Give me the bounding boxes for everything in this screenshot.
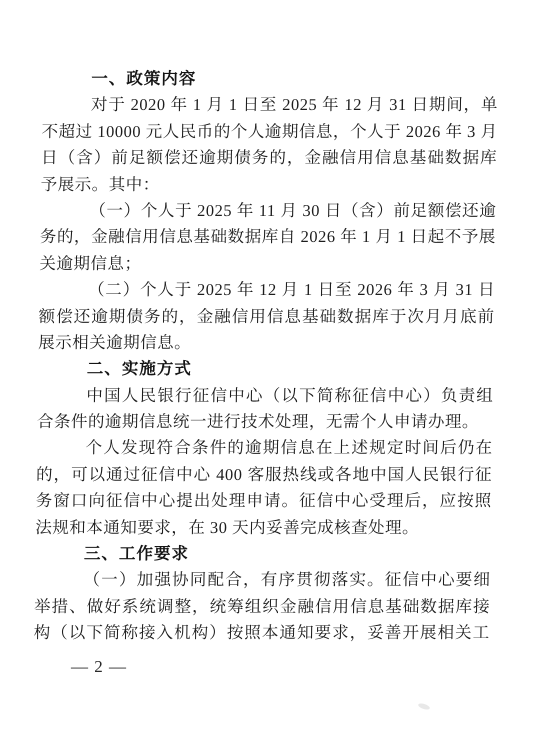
body-line: （二）个人于 2025 年 12 月 1 日至 2026 年 3 月 31 日之… (39, 277, 495, 303)
body-line: 构（以下简称接入机构）按照本通知要求，妥善开展相关工作。 (33, 620, 489, 646)
body-line: 关逾期信息； (39, 251, 495, 277)
body-line: 对于 2020 年 1 月 1 日至 2025 年 12 月 31 日期间，单笔… (42, 92, 498, 118)
section-heading: 三、工作要求 (35, 541, 491, 567)
body-line: 额偿还逾期债务的，金融信用信息基础数据库于次月月底前不予 (38, 304, 494, 330)
section-heading: 一、政策内容 (42, 66, 498, 92)
body-line: （一）个人于 2025 年 11 月 30 日（含）前足额偿还逾期债 (40, 198, 496, 224)
body-line: （一）加强协同配合，有序贯彻落实。征信中心要细化落实 (34, 567, 490, 593)
body-line: 法规和本通知要求，在 30 天内妥善完成核查处理。 (35, 515, 491, 541)
body-line: 中国人民银行征信中心（以下简称征信中心）负责组织对符 (37, 383, 493, 409)
page-number: — 2 — (71, 655, 127, 679)
body-line: 予展示。其中： (40, 172, 496, 198)
body-line: 个人发现符合条件的逾期信息在上述规定时间后仍在展示 (36, 435, 492, 461)
body-line: 务窗口向征信中心提出处理申请。征信中心受理后，应按照法律 (36, 488, 492, 514)
body-line: 合条件的逾期信息统一进行技术处理，无需个人申请办理。 (37, 409, 493, 435)
body-line: 日（含）前足额偿还逾期债务的，金融信用信息基础数据库将不 (41, 145, 497, 171)
scanned-document-page: 一、政策内容对于 2020 年 1 月 1 日至 2025 年 12 月 31 … (0, 0, 549, 731)
body-line: 展示相关逾期信息。 (38, 330, 494, 356)
document-text-block: 一、政策内容对于 2020 年 1 月 1 日至 2025 年 12 月 31 … (33, 66, 498, 647)
scan-artifact (418, 702, 431, 710)
body-line: 务的，金融信用信息基础数据库自 2026 年 1 月 1 日起不予展示相 (40, 224, 496, 250)
body-line: 不超过 10000 元人民币的个人逾期信息，个人于 2026 年 3 月 31 (41, 119, 497, 145)
section-heading: 二、实施方式 (38, 356, 494, 382)
body-line: 举措、做好系统调整，统筹组织金融信用信息基础数据库接入机 (34, 594, 490, 620)
body-line: 的，可以通过征信中心 400 客服热线或各地中国人民银行征信服 (36, 462, 492, 488)
